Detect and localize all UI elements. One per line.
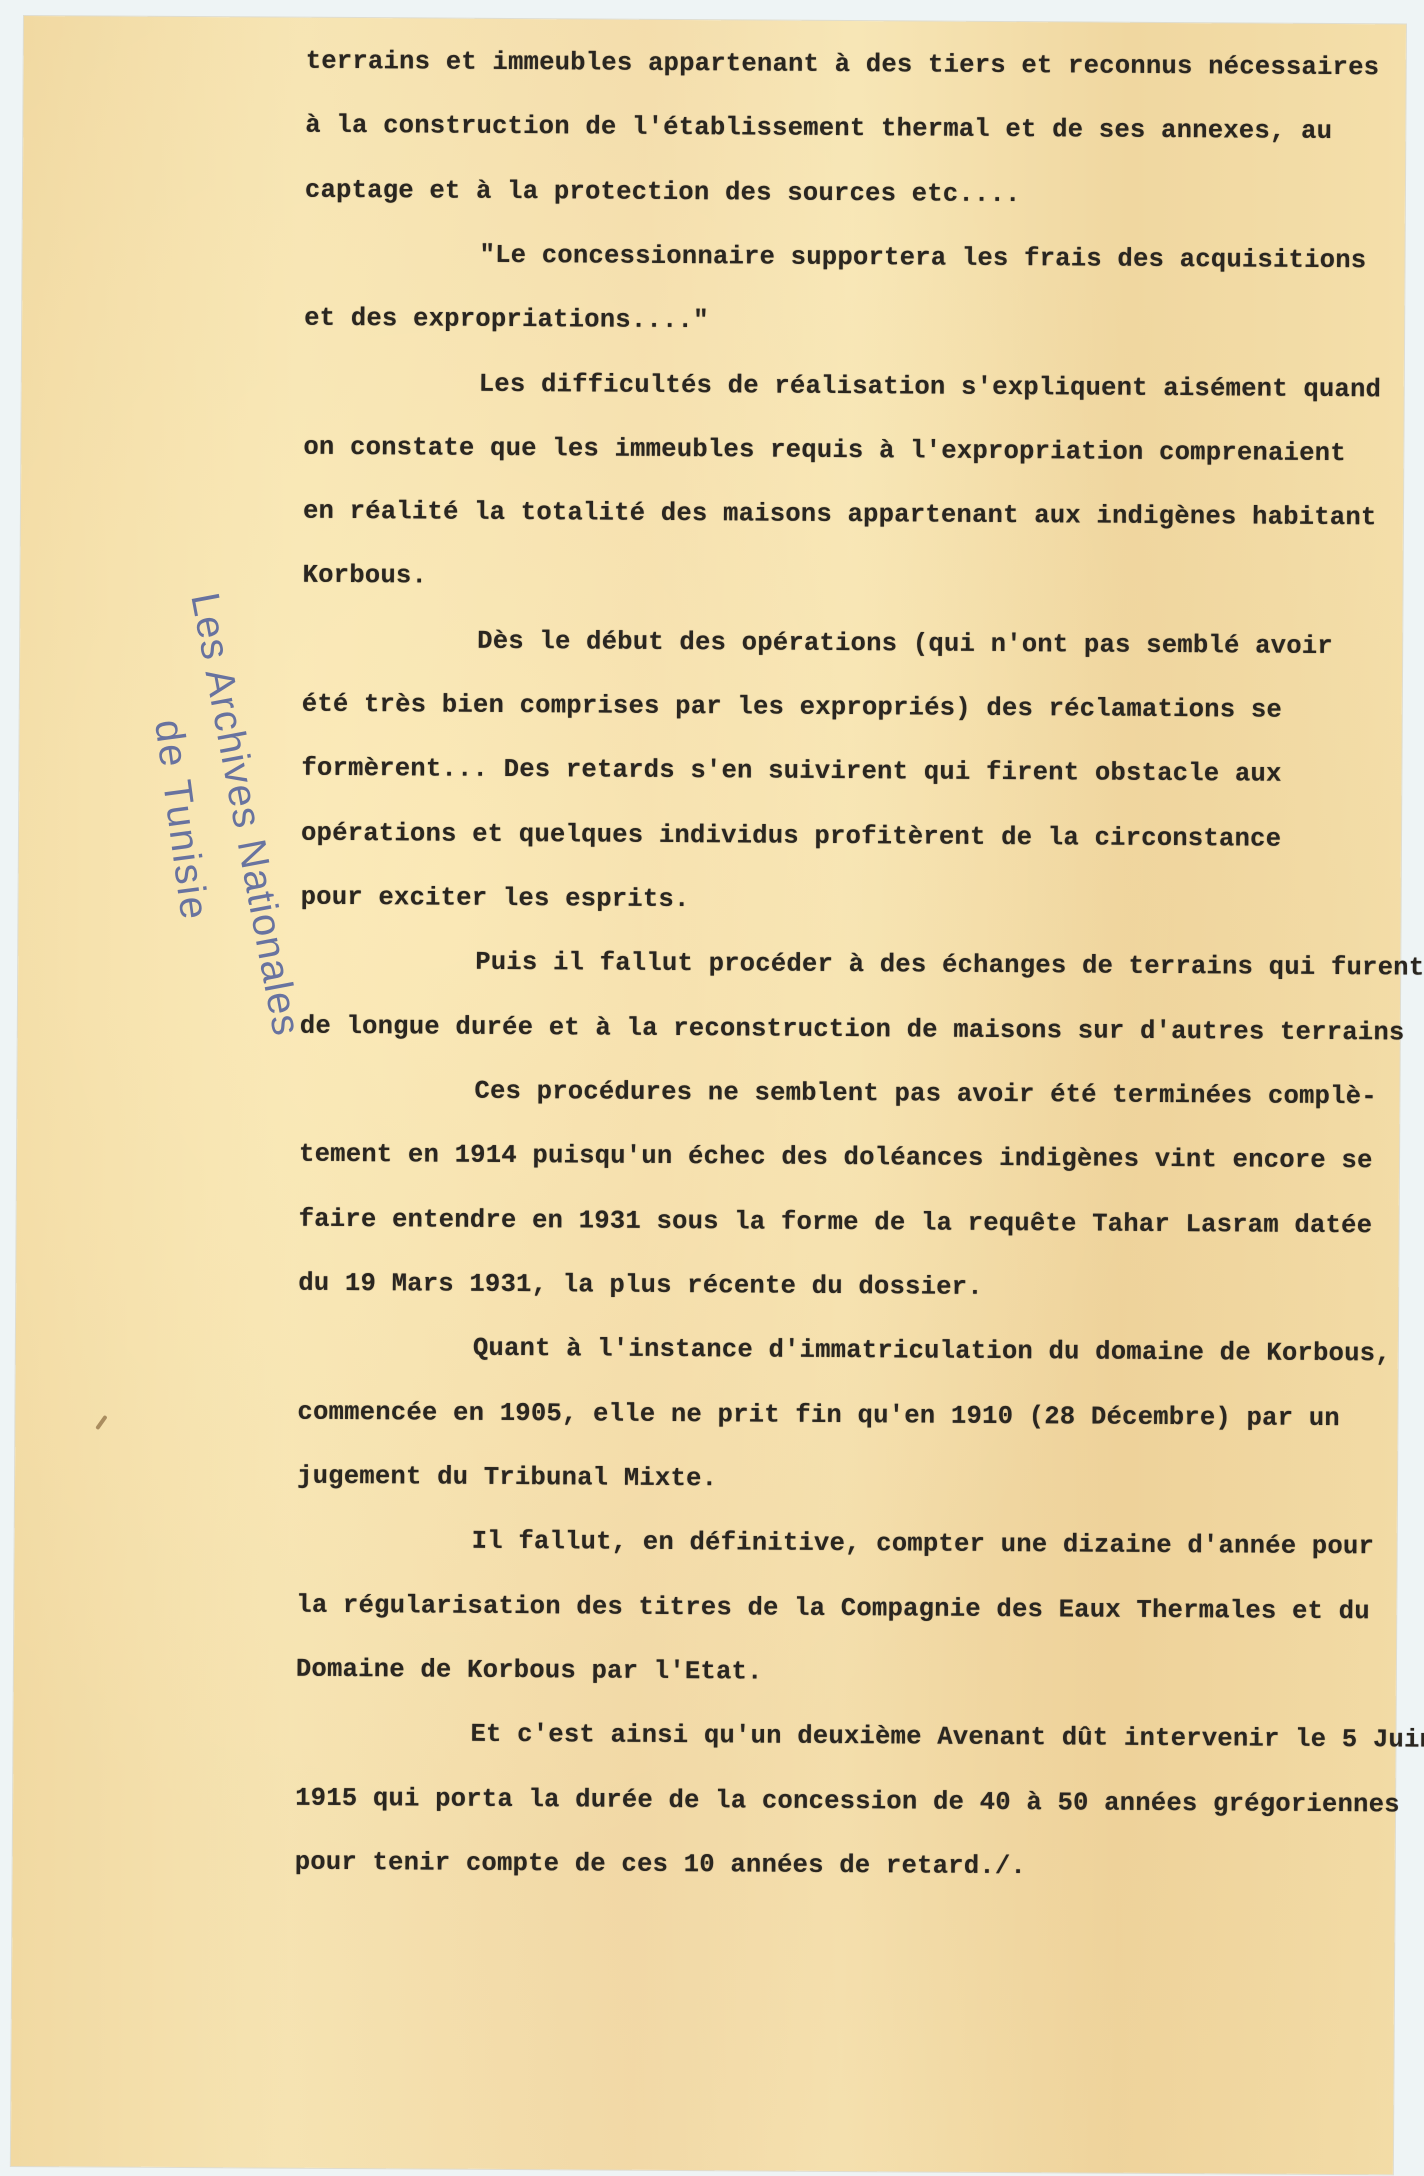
text-line: Dès le début des opérations (qui n'ont p…: [477, 622, 1333, 667]
text-line: été très bien comprises par les expropri…: [302, 685, 1282, 731]
text-line: Quant à l'instance d'immatriculation du …: [473, 1329, 1391, 1375]
text-line: pour tenir compte de ces 10 années de re…: [295, 1843, 1026, 1887]
text-line: du 19 Mars 1931, la plus récente du doss…: [298, 1264, 983, 1308]
text-line: Il fallut, en définitive, compter une di…: [472, 1522, 1375, 1568]
text-line: Les difficultés de réalisation s'expliqu…: [479, 365, 1382, 411]
text-line: opérations et quelques individus profitè…: [301, 814, 1281, 860]
document-page: Les Archives Nationales de Tunisie terra…: [11, 16, 1406, 2174]
archive-stamp-line2: de Tunisie: [145, 717, 217, 924]
text-line: jugement du Tribunal Mixte.: [297, 1457, 717, 1500]
text-line: on constate que les immeubles requis à l…: [303, 428, 1346, 474]
text-line: captage et à la protection des sources e…: [305, 171, 1021, 215]
text-line: tement en 1914 puisqu'un échec des doléa…: [299, 1135, 1373, 1182]
text-line: de longue durée et à la reconstruction d…: [300, 1007, 1405, 1054]
paper-blemish: [95, 1415, 108, 1430]
text-line: Puis il fallut procéder à des échanges d…: [475, 943, 1424, 989]
text-line: formèrent... Des retards s'en suivirent …: [301, 749, 1281, 795]
text-line: la régularisation des titres de la Compa…: [296, 1586, 1370, 1633]
text-line: Ces procédures ne semblent pas avoir été…: [474, 1072, 1377, 1118]
text-line: pour exciter les esprits.: [300, 878, 689, 920]
typed-text-body: terrains et immeubles appartenant à des …: [306, 42, 1424, 49]
text-line: Et c'est ainsi qu'un deuxième Avenant dû…: [470, 1715, 1424, 1761]
text-line: Domaine de Korbous par l'Etat.: [296, 1650, 763, 1693]
text-line: "Le concessionnaire supportera les frais…: [479, 236, 1366, 281]
text-line: 1915 qui porta la durée de la concession…: [295, 1779, 1400, 1826]
text-line: en réalité la totalité des maisons appar…: [303, 492, 1377, 539]
text-line: Korbous.: [302, 556, 427, 597]
text-line: terrains et immeubles appartenant à des …: [306, 42, 1380, 89]
text-line: à la construction de l'établissement the…: [305, 106, 1332, 152]
text-line: et des expropriations....": [304, 299, 709, 341]
text-line: commencée en 1905, elle ne prit fin qu'e…: [297, 1393, 1340, 1439]
text-line: faire entendre en 1931 sous la forme de …: [299, 1200, 1373, 1247]
